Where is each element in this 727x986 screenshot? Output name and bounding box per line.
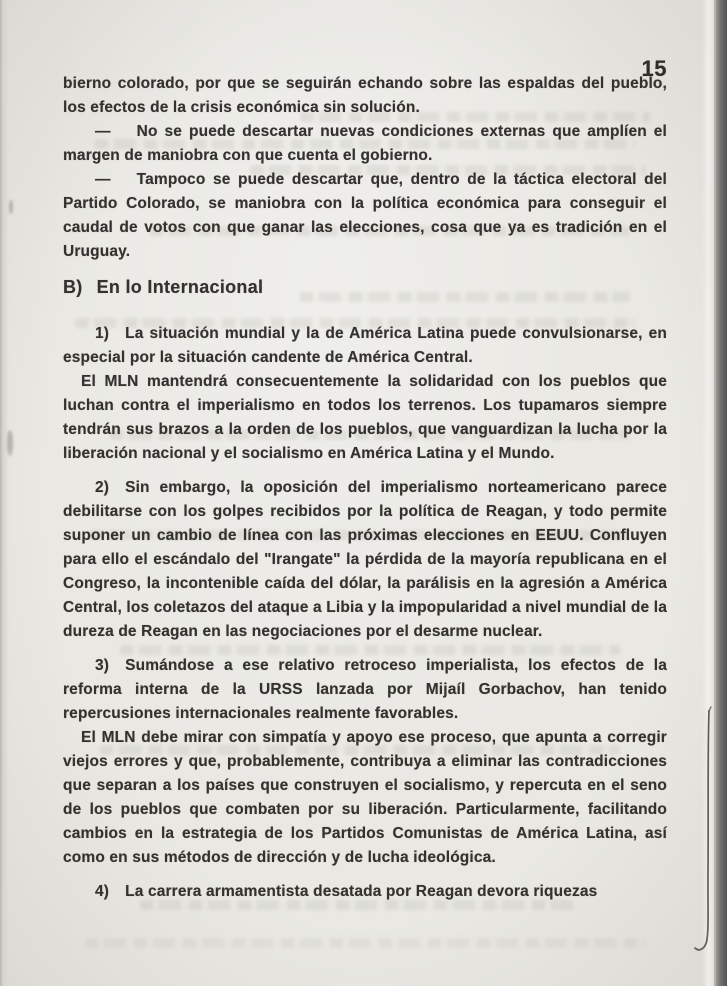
paragraph-text: Sumándose a ese relativo retroceso imper… — [63, 657, 667, 722]
document-text-block: bierno colorado, por que se seguirán ech… — [63, 72, 667, 904]
list-number: 2) — [95, 479, 109, 496]
numbered-paragraph: 2)Sin embargo, la oposición del imperial… — [63, 476, 667, 644]
paragraph-text: El MLN debe mirar con simpatía y apoyo e… — [63, 729, 667, 866]
paragraph-text: El MLN mantendrá consecuentemente la sol… — [63, 373, 667, 462]
document-page: 15 bierno colorado, por que se seguirán … — [0, 0, 727, 986]
section-heading: B)En lo Internacional — [63, 276, 667, 298]
section-heading-marker: B) — [63, 277, 83, 297]
paragraph: El MLN mantendrá consecuentemente la sol… — [63, 370, 667, 466]
ghost-text-line — [85, 938, 645, 948]
paragraph: El MLN debe mirar con simpatía y apoyo e… — [63, 726, 667, 870]
dash-marker: — — [95, 123, 111, 140]
page-edge-shadow-left — [0, 0, 9, 986]
paragraph: —Tampoco se puede descartar que, dentro … — [63, 168, 667, 264]
list-number: 1) — [95, 325, 109, 342]
scan-smudge — [9, 200, 13, 214]
paragraph-text: La carrera armamentista desatada por Rea… — [125, 883, 597, 900]
paragraph-text: No se puede descartar nuevas condiciones… — [63, 123, 667, 164]
paragraph: —No se puede descartar nuevas condicione… — [63, 120, 667, 168]
paragraph: bierno colorado, por que se seguirán ech… — [63, 72, 667, 120]
dash-marker: — — [95, 171, 111, 188]
paragraph-text: bierno colorado, por que se seguirán ech… — [63, 75, 667, 116]
paragraph-text: Sin embargo, la oposición del imperialis… — [63, 479, 667, 640]
scan-smudge — [7, 430, 13, 456]
numbered-paragraph: 1)La situación mundial y la de América L… — [63, 322, 667, 370]
section-heading-label: En lo Internacional — [97, 277, 264, 297]
pen-stroke-mark — [693, 703, 719, 959]
numbered-paragraph: 4)La carrera armamentista desatada por R… — [63, 880, 667, 904]
numbered-paragraph: 3)Sumándose a ese relativo retroceso imp… — [63, 654, 667, 726]
list-number: 3) — [95, 657, 109, 674]
list-number: 4) — [95, 883, 109, 900]
paragraph-text: La situación mundial y la de América Lat… — [63, 325, 667, 366]
paragraph-text: Tampoco se puede descartar que, dentro d… — [63, 171, 667, 260]
